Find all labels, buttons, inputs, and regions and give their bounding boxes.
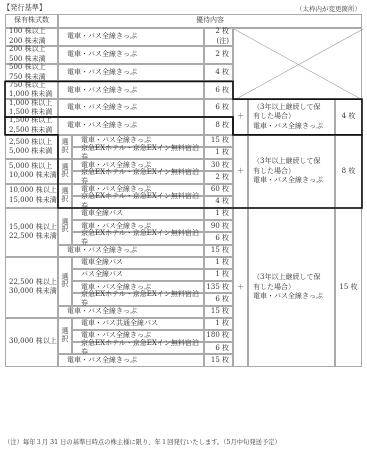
holding-text: 5,000 株未満 xyxy=(9,147,52,156)
holding-cell: 2,500 株以上5,000 株未満 xyxy=(5,135,58,159)
condition-text: 有した場合） xyxy=(253,283,295,292)
bonus-count: 15 枚 xyxy=(335,208,362,367)
holding-text: 100 株以上 xyxy=(9,27,46,36)
count-text: 4 枚 xyxy=(215,68,229,77)
condition-text: 電車・バス全線きっぷ xyxy=(253,292,323,301)
extra-item: 電車・バス全線きっぷ xyxy=(58,306,204,318)
benefit-count: 8 枚 xyxy=(204,117,233,135)
holding-text: 1,000 株以上 xyxy=(9,99,52,108)
benefit-count: 6 枚 xyxy=(204,293,233,305)
holding-text: 200 株以上 xyxy=(9,45,46,54)
benefit-item: 電車・バス全線きっぷ xyxy=(58,117,204,135)
benefit-count: 6 枚 xyxy=(204,99,233,117)
bonus-count: 8 枚 xyxy=(335,135,362,208)
select-label: 選択 xyxy=(58,257,72,306)
holding-cell: 200 株以上500 株未満 xyxy=(5,46,58,64)
benefit-count: 4 枚 xyxy=(204,196,233,208)
holding-cell: 15,000 株以上22,500 株未満 xyxy=(5,208,58,257)
plus-sign: ＋ xyxy=(233,99,248,135)
count-text: 2 枚 xyxy=(215,50,229,59)
benefit-count: 180 枚 xyxy=(204,330,233,342)
holding-text: 5,000 株以上 xyxy=(9,162,52,171)
select-label: 選択 xyxy=(58,135,72,159)
cross-icon xyxy=(234,29,363,100)
benefit-count: 6 枚 xyxy=(204,81,233,99)
section-title: 【発行基準】 xyxy=(3,3,46,13)
condition-text: （3年以上継続して保 xyxy=(253,157,320,166)
holding-text: 1,500 株以上 xyxy=(9,116,52,125)
holding-text: 15,000 株以上 xyxy=(9,223,57,232)
holding-text: 2,500 株以上 xyxy=(9,138,52,147)
condition-text: 電車・バス全線きっぷ xyxy=(253,122,323,131)
extra-item: 電車・バス全線きっぷ xyxy=(58,354,204,366)
holding-cell: 10,000 株以上15,000 株未満 xyxy=(5,184,58,208)
change-note: （太枠内が変更箇所） xyxy=(296,4,361,13)
benefit-item: 電車・バス共通全線パス xyxy=(72,318,204,330)
select-label: 選択 xyxy=(58,184,72,208)
select-char: 択 xyxy=(62,336,69,344)
benefit-item: バス全線パス xyxy=(72,269,204,281)
holding-text: 22,500 株未満 xyxy=(9,232,57,241)
count-text: 8 枚 xyxy=(215,121,229,130)
select-label: 選択 xyxy=(58,159,72,183)
benefit-item: 電車全線パス xyxy=(72,208,204,220)
holding-text: 10,000 株以上 xyxy=(9,186,57,195)
condition-text: 有した場合） xyxy=(253,167,295,176)
benefit-count: 6 枚 xyxy=(204,342,233,354)
holding-cell: 1,500 株以上2,500 株未満 xyxy=(5,117,58,135)
condition-text: 電車・バス全線きっぷ xyxy=(253,176,323,185)
holding-cell: 500 株以上750 株未満 xyxy=(5,64,58,82)
extra-count: 15 枚 xyxy=(204,306,233,318)
select-label: 選択 xyxy=(58,318,72,355)
benefit-item: 電車全線パス xyxy=(72,257,204,269)
select-char: 択 xyxy=(62,171,69,179)
benefit-item: 電車・バス全線きっぷ xyxy=(58,64,204,82)
count-text: 2 枚 xyxy=(215,27,229,36)
select-char: 択 xyxy=(62,281,69,289)
benefit-item: 電車・バス全線きっぷ xyxy=(58,46,204,64)
benefit-item: 電車・バス全線きっぷ xyxy=(58,99,204,117)
extra-count: 15 枚 xyxy=(204,245,233,257)
benefit-count: 4 枚 xyxy=(204,64,233,82)
benefit-count: 6 枚 xyxy=(204,232,233,244)
benefit-count: 1 枚 xyxy=(204,147,233,159)
holding-cell: 22,500 株以上30,000 株未満 xyxy=(5,257,58,318)
condition-text: 有した場合） xyxy=(253,112,295,121)
benefit-count: 1 枚 xyxy=(204,208,233,220)
column-header-benefit: 優待内容 xyxy=(58,14,362,28)
holding-cell: 750 株以上1,000 株未満 xyxy=(5,81,58,99)
extra-count: 15 枚 xyxy=(204,354,233,366)
benefit-item: 電車・バス全線きっぷ xyxy=(58,28,204,46)
benefit-item: 京急EXホテル・京急EXイン無料宿泊券 xyxy=(72,196,204,208)
column-header-holding: 保有株式数 xyxy=(5,14,58,28)
benefit-count: 2 枚 xyxy=(204,46,233,64)
benefit-count: 15 枚 xyxy=(204,135,233,147)
select-char: 択 xyxy=(62,147,69,155)
holding-text: 500 株以上 xyxy=(9,63,46,72)
benefit-item: 京急EXホテル・京急EXイン無料宿泊券 xyxy=(72,293,204,305)
holding-cell: 5,000 株以上10,000 株未満 xyxy=(5,159,58,183)
benefit-count: 30 枚 xyxy=(204,159,233,171)
benefit-item: 電車・バス全線きっぷ xyxy=(58,81,204,99)
benefit-count: 1 枚 xyxy=(204,318,233,330)
benefit-item: 京急EXホテル・京急EXイン無料宿泊券 xyxy=(72,147,204,159)
benefit-count: 1 枚 xyxy=(204,257,233,269)
not-applicable-box xyxy=(233,28,362,99)
benefit-count: 135 枚 xyxy=(204,281,233,293)
footnote: （注）毎年３月 31 日の基準日時点の株主様に限り、年１回発行いたします。（5月… xyxy=(4,437,281,446)
benefit-item: 京急EXホテル・京急EXイン無料宿泊券 xyxy=(72,342,204,354)
plus-sign: ＋ xyxy=(233,208,248,367)
select-label: 選択 xyxy=(58,208,72,245)
holding-text: 15,000 株未満 xyxy=(9,196,57,205)
holding-cell: 30,000 株以上 xyxy=(5,318,58,367)
holding-text: 30,000 株以上 xyxy=(9,337,57,346)
holding-cell: 100 株以上200 株未満 xyxy=(5,28,58,46)
bonus-count: 4 枚 xyxy=(335,99,362,135)
bonus-condition: （3年以上継続して保有した場合）電車・バス全線きっぷ xyxy=(248,99,335,135)
benefit-count: 2 枚(注) xyxy=(204,28,233,46)
holding-text: 10,000 株未満 xyxy=(9,171,57,180)
plus-sign: ＋ xyxy=(233,135,248,208)
extra-item: 電車・バス全線きっぷ xyxy=(58,245,204,257)
bonus-condition: （3年以上継続して保有した場合）電車・バス全線きっぷ xyxy=(248,135,335,208)
benefit-count: 2 枚 xyxy=(204,171,233,183)
benefit-item: 京急EXホテル・京急EXイン無料宿泊券 xyxy=(72,171,204,183)
benefit-count: 1 枚 xyxy=(204,269,233,281)
benefit-count: 60 枚 xyxy=(204,184,233,196)
holding-text: 22,500 株以上 xyxy=(9,278,57,287)
benefit-item: 京急EXホテル・京急EXイン無料宿泊券 xyxy=(72,232,204,244)
bonus-condition: （3年以上継続して保有した場合）電車・バス全線きっぷ xyxy=(248,208,335,367)
select-char: 択 xyxy=(62,196,69,204)
holding-text: 30,000 株未満 xyxy=(9,287,57,296)
count-text: 6 枚 xyxy=(215,103,229,112)
holding-text: 750 株以上 xyxy=(9,81,46,90)
count-text: 6 枚 xyxy=(215,86,229,95)
holding-cell: 1,000 株以上1,500 株未満 xyxy=(5,99,58,117)
condition-text: （3年以上継続して保 xyxy=(253,273,320,282)
benefit-count: 90 枚 xyxy=(204,220,233,232)
select-char: 択 xyxy=(62,226,69,234)
condition-text: （3年以上継続して保 xyxy=(253,103,320,112)
